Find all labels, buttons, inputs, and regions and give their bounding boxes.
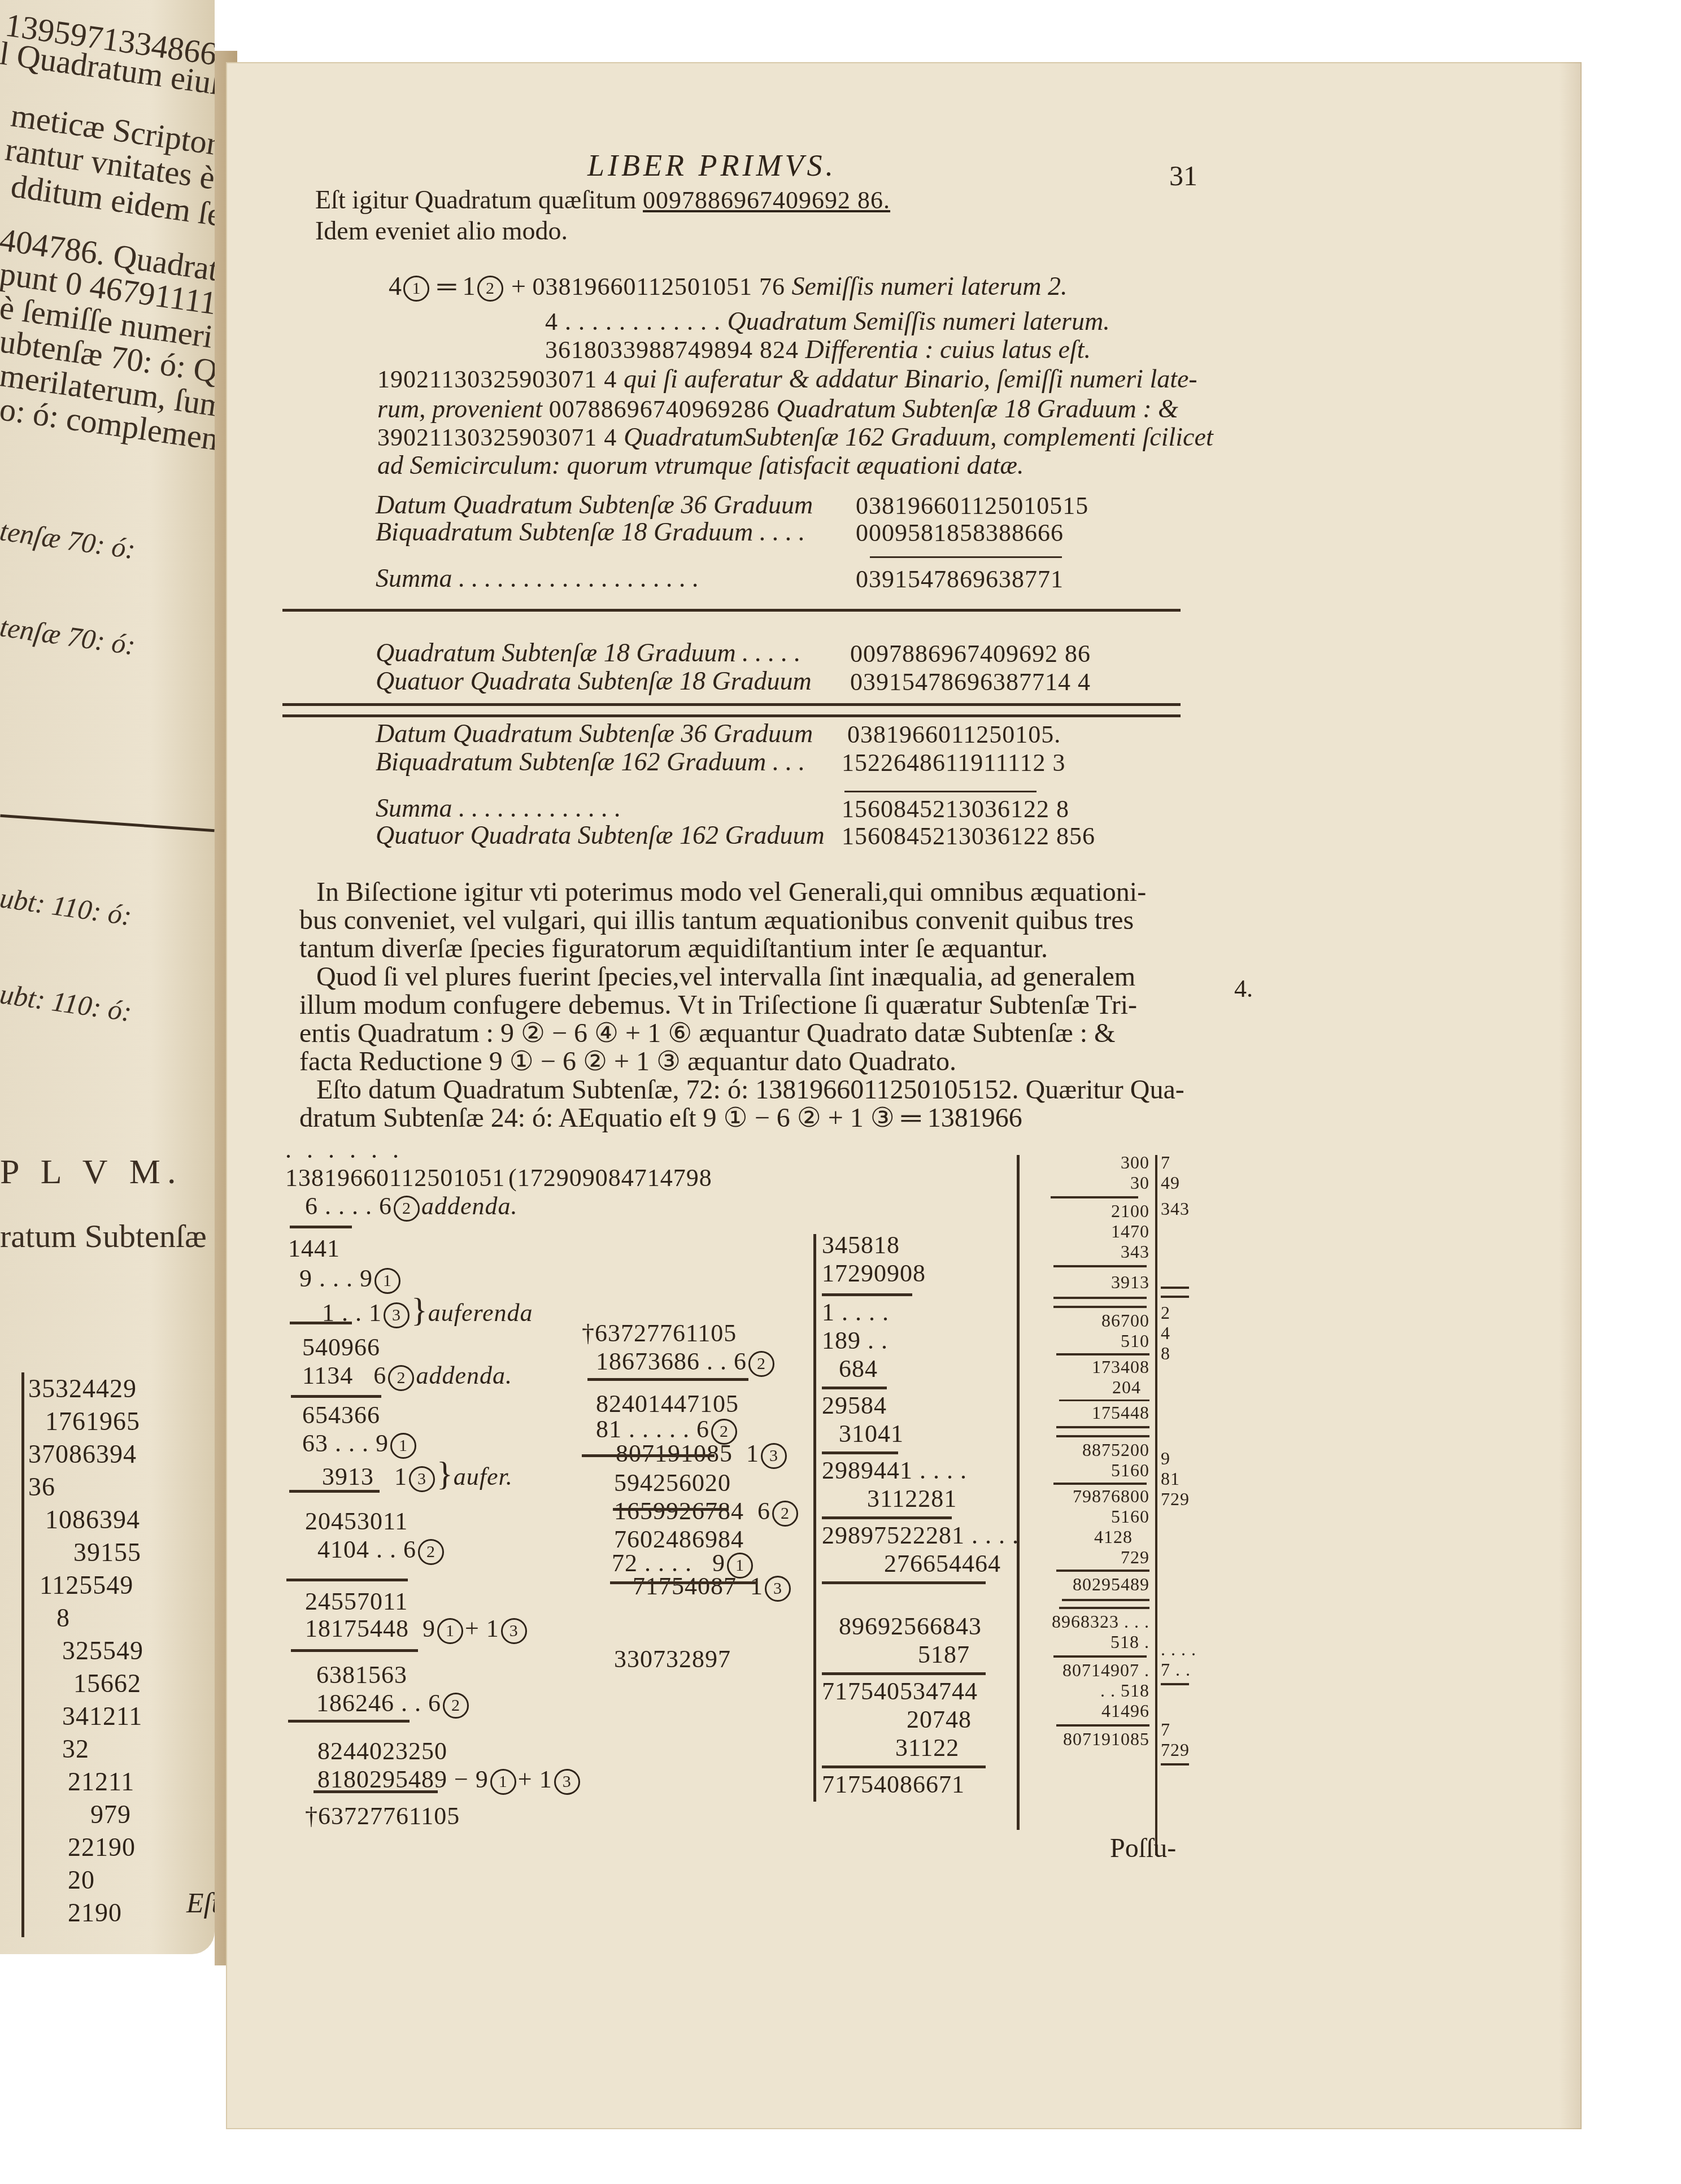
col4-value: . . 518 xyxy=(1034,1680,1149,1701)
col4-rule xyxy=(1062,1599,1149,1601)
col4-value: 79876800 xyxy=(1034,1486,1149,1506)
col4-value: 80714907 . xyxy=(1034,1660,1149,1680)
eq-label: qui ſi auferatur & addatur Binario, ſemi… xyxy=(624,364,1197,393)
col4-right-rule xyxy=(1161,1287,1189,1289)
sum-rule xyxy=(870,556,1062,558)
table1-value: 0009581858388666 xyxy=(856,518,1064,547)
col4-right-value: 8 xyxy=(1161,1343,1196,1363)
left-col-value: 36 xyxy=(28,1471,143,1503)
col1-root: (172909084714798 xyxy=(508,1163,712,1192)
paragraph-line: dratum Subtenſæ 24: ó: AEquatio eſt 9 ① … xyxy=(299,1104,1184,1132)
col4-value: 8968323 . . . xyxy=(1034,1611,1149,1632)
intro-value: 0097886967409692 86. xyxy=(643,186,890,214)
power-1-icon: 1 xyxy=(490,1769,516,1795)
col3-rule-vertical xyxy=(813,1234,816,1802)
left-col-value: 341211 xyxy=(28,1700,143,1733)
left-page-line: ubt: 110: ó: xyxy=(0,881,134,932)
col4-right-value: 7 xyxy=(1161,1719,1196,1740)
col1-rule xyxy=(289,1490,380,1493)
col3-value: 89692566843 xyxy=(822,1612,1019,1641)
margin-note: 4. xyxy=(1234,974,1253,1003)
col3-rule xyxy=(822,1451,898,1454)
col1-row: 4104 . . 62 xyxy=(317,1535,446,1565)
paragraph-line: In Biſectione igitur vti poterimus modo … xyxy=(299,878,1184,906)
left-col-value: 1125549 xyxy=(28,1569,143,1602)
col4-right-value: 7 xyxy=(1161,1152,1196,1172)
col4-rule xyxy=(1053,1265,1147,1267)
col1-value: 654366 xyxy=(302,1401,380,1429)
col1-value: †63727761105 xyxy=(305,1802,460,1830)
col4-value: 204 xyxy=(1034,1377,1149,1397)
eq-value: 03819660112501051 76 xyxy=(533,273,785,300)
col4-value: 510 xyxy=(1034,1331,1149,1351)
eq-label: QuadratumSubtenſæ 162 Graduum, complemen… xyxy=(624,422,1213,451)
power-2-icon: 2 xyxy=(477,276,503,302)
col4-rule xyxy=(1056,1426,1149,1428)
col4-right-value: 729 xyxy=(1161,1740,1196,1760)
col1-note: aufer. xyxy=(454,1463,513,1490)
page-number: 31 xyxy=(1169,159,1197,192)
col1-row: 18175448 91+ 13 xyxy=(305,1614,529,1644)
col4-right-value: 49 xyxy=(1161,1172,1196,1193)
col3-value: 71754086671 xyxy=(822,1771,1019,1799)
col1-value: 8180295489 − 9 xyxy=(317,1765,489,1793)
col4-value: 4128 xyxy=(1034,1527,1149,1547)
left-col-value: 15662 xyxy=(28,1667,143,1700)
col2-value: 594256020 xyxy=(614,1468,731,1497)
left-col-value: 325549 xyxy=(28,1634,143,1667)
col2-rule xyxy=(582,1454,715,1457)
catchword: Poſſu- xyxy=(1110,1833,1176,1864)
col3-rule xyxy=(822,1672,986,1675)
col3-rule xyxy=(822,1387,887,1389)
sum-rule xyxy=(844,791,1037,792)
left-col-value: 39155 xyxy=(28,1536,143,1569)
col4-value: 30 xyxy=(1034,1172,1149,1193)
col1-value: 540966 xyxy=(302,1333,380,1362)
col4-right-value: . . . . xyxy=(1161,1639,1196,1659)
col2-rule xyxy=(587,1378,748,1381)
col2-rule xyxy=(610,1581,757,1584)
left-page-column: 35324429 1761965 37086394 36 1086394 391… xyxy=(28,1372,143,1929)
paragraph-line: tantum diverſæ ſpecies figuratorum æquid… xyxy=(299,935,1184,963)
col3-rule xyxy=(822,1581,986,1584)
col4-right-value: 9 xyxy=(1161,1448,1196,1468)
left-col-value: 8 xyxy=(28,1602,143,1634)
col1-value: 6 . . . . 6 xyxy=(305,1192,392,1220)
power-3-icon: 3 xyxy=(554,1769,580,1795)
table1-label: Biquadratum Subtenſæ 18 Graduum . . . . xyxy=(376,516,805,548)
col4-right-value: 729 xyxy=(1161,1489,1196,1509)
col3-value: 29584 xyxy=(822,1392,1019,1420)
col1-rule xyxy=(288,1720,410,1723)
col1-value: 18175448 9 xyxy=(305,1615,436,1642)
col4-value: 5160 xyxy=(1034,1506,1149,1527)
col2-row: 18673686 . . 62 xyxy=(596,1347,776,1377)
col1-value: 24557011 xyxy=(305,1587,408,1616)
power-1-icon: 1 xyxy=(374,1268,400,1294)
col1-value: 3913 1 xyxy=(322,1463,407,1490)
body-paragraphs: In Biſectione igitur vti poterimus modo … xyxy=(299,878,1184,1132)
intro-line-2: Idem eveniet alio modo. xyxy=(315,215,568,247)
col3-value: 5187 xyxy=(822,1641,1019,1669)
col4-right-value: 343 xyxy=(1161,1198,1196,1219)
col4-right: 7 49 343 2 4 8 9 81 729 . . . . 7 . . 7 … xyxy=(1161,1152,1196,1765)
col1-value: 1441 xyxy=(288,1234,340,1263)
eq-label: Quadratum Semiſſis numeri laterum. xyxy=(728,307,1110,335)
col1-rule xyxy=(291,1395,381,1398)
col4-value: 2100 xyxy=(1034,1201,1149,1221)
power-2-icon: 2 xyxy=(748,1351,774,1377)
col4-value: 175448 xyxy=(1034,1402,1149,1423)
col1-note: auferenda xyxy=(428,1299,533,1327)
eq-label: Semiſſis numeri laterum 2. xyxy=(791,272,1067,300)
col1-value: 20453011 xyxy=(305,1507,408,1536)
col1-value: 8244023250 xyxy=(317,1737,447,1765)
col1-value: 13819660112501051 xyxy=(285,1163,505,1192)
power-3-icon: 3 xyxy=(409,1466,435,1492)
col4-value: 5160 xyxy=(1034,1460,1149,1480)
table3-value: 1522648611911112 3 xyxy=(842,748,1065,777)
col4-value: 1470 xyxy=(1034,1221,1149,1241)
col1-value: 9 . . . 9 xyxy=(299,1265,373,1292)
col4-right-rule xyxy=(1161,1683,1189,1685)
eq-value: 3618033988749894 824 xyxy=(545,336,799,364)
col4-rule xyxy=(1056,1435,1149,1437)
col4-right-value: 7 . . xyxy=(1161,1659,1196,1680)
col1-row: 1 . . 13}auferenda xyxy=(322,1291,533,1329)
paragraph-line: entis Quadratum : 9 ② − 6 ④ + 1 ⑥ æquant… xyxy=(299,1019,1184,1048)
paragraph-line: bus conveniet, vel vulgari, qui illis ta… xyxy=(299,906,1184,935)
col1-rule xyxy=(290,1322,352,1324)
table3-value: 1560845213036122 856 xyxy=(842,822,1095,851)
col4-rule xyxy=(1056,1353,1149,1355)
col4-value: 343 xyxy=(1034,1241,1149,1262)
power-3-icon: 3 xyxy=(384,1302,410,1328)
col3-rule xyxy=(822,1516,952,1519)
col4-rule xyxy=(1059,1400,1149,1401)
col4-rule xyxy=(1053,1483,1147,1485)
col1-row: 3913 13}aufer. xyxy=(322,1454,513,1493)
left-page-line: ratum Subtenſæ 18: ó: xyxy=(0,1217,215,1255)
power-2-icon: 2 xyxy=(388,1365,414,1391)
power-3-icon: 3 xyxy=(501,1618,527,1644)
col4-rule-inner xyxy=(1155,1155,1157,1855)
col4-rule xyxy=(1053,1306,1147,1308)
col4-rule xyxy=(1056,1570,1149,1572)
col3-value: 345818 xyxy=(822,1231,1019,1259)
power-3-icon: 3 xyxy=(765,1576,791,1602)
col4-rule xyxy=(1053,1297,1147,1299)
col2-value: 807191085 1 xyxy=(616,1440,759,1467)
col4-value: 41496 xyxy=(1034,1701,1149,1721)
col3-value: 20748 xyxy=(822,1706,1019,1734)
left-col-value: 979 xyxy=(28,1798,143,1831)
left-page-line: tenſæ 70: ó: xyxy=(0,514,137,565)
section-divider xyxy=(282,609,1181,612)
eq-value: 39021130325903071 4 xyxy=(377,424,617,451)
left-col-value: 22190 xyxy=(28,1831,143,1864)
col1-rule xyxy=(286,1579,408,1581)
col4-value: 807191085 xyxy=(1034,1729,1149,1749)
power-1-icon: 1 xyxy=(403,276,429,302)
left-col-value: 32 xyxy=(28,1733,143,1765)
left-col-value: 21211 xyxy=(28,1765,143,1798)
paragraph-line: Quod ſi vel plures fuerint ſpecies,vel i… xyxy=(299,963,1184,991)
col1-rule xyxy=(313,1790,438,1793)
eq-coefficient: 4 xyxy=(389,272,402,300)
col1-value: 1134 6 xyxy=(302,1362,386,1389)
power-2-icon: 2 xyxy=(394,1196,420,1222)
eq-label: Quadratum Subtenſæ 18 Graduum : & xyxy=(776,394,1178,423)
col4-rule xyxy=(1059,1607,1149,1609)
col4-value: 173408 xyxy=(1034,1357,1149,1377)
col4-rule xyxy=(1053,1655,1147,1658)
col2-row: 1659926784 62 xyxy=(614,1497,800,1527)
eq-label: rum, provenient xyxy=(377,394,542,423)
intro-text: Eſt igitur Quadratum quæſitum xyxy=(315,185,637,214)
col4-rule xyxy=(1056,1724,1149,1727)
table1-label: Summa . . . . . . . . . . . . . . . . . … xyxy=(376,562,699,595)
col4-value: 729 xyxy=(1034,1547,1149,1567)
col4-value: 86700 xyxy=(1034,1310,1149,1331)
table3-label: Biquadratum Subtenſæ 162 Graduum . . . xyxy=(376,746,805,778)
col4-rule-outer xyxy=(1017,1155,1020,1830)
power-3-icon: 3 xyxy=(761,1443,787,1469)
col2-row: 71754087 13 xyxy=(633,1572,792,1602)
col4-value: 518 . xyxy=(1034,1632,1149,1652)
col3-value: 31041 xyxy=(822,1420,1019,1448)
left-col-value: 1086394 xyxy=(28,1503,143,1536)
left-col-value: 37086394 xyxy=(28,1438,143,1471)
table2-value: 0097886967409692 86 xyxy=(850,639,1091,668)
col1-value: 63 . . . 9 xyxy=(302,1429,389,1457)
col2-rule xyxy=(613,1508,729,1511)
table3-value: 1560845213036122 8 xyxy=(842,795,1069,823)
equation-main: 41 ═ 12 + 03819660112501051 76 Semiſſis … xyxy=(389,270,1068,303)
paragraph-line: illum modum confugere debemus. Vt in Tri… xyxy=(299,991,1184,1019)
power-2-icon: 2 xyxy=(772,1501,798,1527)
eq-label: Differentia : cuius latus eſt. xyxy=(805,335,1091,364)
col1-note: addenda. xyxy=(416,1362,512,1389)
left-page-line: tenſæ 70: ó: xyxy=(0,610,137,661)
col1-row: 1134 62addenda. xyxy=(302,1361,512,1391)
table1-value: 0391547869638771 xyxy=(856,565,1064,594)
col1-note: addenda. xyxy=(421,1192,518,1220)
table2-label: Quatuor Quadrata Subtenſæ 18 Graduum xyxy=(376,665,812,698)
table3-value: 0381966011250105. xyxy=(847,720,1061,749)
eq-value: 19021130325903071 4 xyxy=(377,365,617,393)
col4-value: 300 xyxy=(1034,1152,1149,1172)
left-page-line: ubt: 110: ó: xyxy=(0,977,134,1028)
col1-value: 186246 . . 6 xyxy=(316,1689,441,1717)
col4-rule xyxy=(1051,1196,1138,1198)
left-col-value: 2190 xyxy=(28,1897,143,1929)
col3: 345818 17290908 1 . . . . 189 . . 684 29… xyxy=(822,1231,1019,1799)
col3-value: 1 . . . . xyxy=(822,1298,1019,1327)
paragraph-line: Eſto datum Quadratum Subtenſæ, 72: ó: 13… xyxy=(299,1076,1184,1104)
col2-value: 330732897 xyxy=(614,1645,731,1673)
col1-value: 4104 . . 6 xyxy=(317,1536,416,1563)
table3-label: Quatuor Quadrata Subtenſæ 162 Graduum xyxy=(376,819,825,852)
power-1-icon: 1 xyxy=(437,1618,463,1644)
col3-value: 276654464 xyxy=(822,1550,1019,1578)
intro-line-1: Eſt igitur Quadratum quæſitum 0097886967… xyxy=(315,184,890,217)
col3-value: 29897522281 . . . . xyxy=(822,1522,1019,1550)
eq-value: 00788696740969286 xyxy=(549,395,770,423)
col1-value: 6381563 xyxy=(316,1660,407,1689)
equation-row-7: ad Semicirculum: quorum vtrumque ſatisfa… xyxy=(377,449,1024,482)
col1-row: 186246 . . 62 xyxy=(316,1689,471,1719)
left-col-value: 35324429 xyxy=(28,1372,143,1405)
col4-left: 300 30 2100 1470 343 3913 86700 510 1734… xyxy=(1034,1152,1149,1749)
paragraph-line: facta Reductione 9 ① − 6 ② + 1 ③ æquantu… xyxy=(299,1048,1184,1076)
left-col-value: 20 xyxy=(28,1864,143,1897)
equation-row-3: 3618033988749894 824 Differentia : cuius… xyxy=(545,333,1091,367)
col2-value: 71754087 1 xyxy=(633,1572,763,1600)
plus-sign: + 1 xyxy=(465,1615,499,1642)
computation-dots: . . . . . . xyxy=(285,1135,403,1164)
col4-value: 80295489 xyxy=(1034,1574,1149,1594)
power-2-icon: 2 xyxy=(418,1539,444,1565)
col2-value: †63727761105 xyxy=(582,1319,737,1348)
col1-row: 6 . . . . 62addenda. xyxy=(305,1192,518,1222)
col4-right-value: 4 xyxy=(1161,1323,1196,1343)
table1-value: 038196601125010515 xyxy=(856,491,1088,520)
running-title: LIBER PRIMVS. xyxy=(587,148,837,183)
eq-value: 4 . . . . . . . . . . . . xyxy=(545,308,721,335)
col2-value: 18673686 . . 6 xyxy=(596,1348,747,1375)
left-page-column-rule xyxy=(21,1372,24,1937)
col1-rule xyxy=(290,1226,352,1228)
col1-row: 9 . . . 91 xyxy=(299,1264,402,1294)
col3-rule xyxy=(822,1765,986,1768)
col3-value: 17290908 xyxy=(822,1259,1019,1288)
section-divider xyxy=(282,703,1181,706)
power-2-icon: 2 xyxy=(443,1693,469,1719)
equation-row-4: 19021130325903071 4 qui ſi auferatur & a… xyxy=(377,363,1197,396)
col4-right-rule xyxy=(1161,1763,1189,1765)
col4-value: 8875200 xyxy=(1034,1440,1149,1460)
col4-right-rule xyxy=(1161,1296,1189,1298)
col2-value: 1659926784 6 xyxy=(614,1497,770,1525)
col3-value: 684 xyxy=(822,1355,1019,1383)
col3-value: 717540534744 xyxy=(822,1677,1019,1706)
col3-value: 2989441 . . . . xyxy=(822,1457,1019,1485)
left-page-bottom-word: Eſt xyxy=(186,1886,215,1919)
col1-rule xyxy=(291,1649,418,1652)
col2-value: 82401447105 xyxy=(596,1389,739,1418)
left-col-value: 1761965 xyxy=(28,1405,143,1438)
col4-value: 3913 xyxy=(1034,1272,1149,1292)
col3-value: 31122 xyxy=(822,1734,1019,1762)
col3-value: 189 . . xyxy=(822,1327,1019,1355)
table2-value: 03915478696387714 4 xyxy=(850,668,1091,696)
col3-rule xyxy=(822,1293,912,1296)
left-page-heading: P L V M. xyxy=(0,1152,182,1192)
left-page-fragment: 1395971334866253391 1 l Quadratum eiuſde… xyxy=(0,0,215,1954)
col4-right-value: 2 xyxy=(1161,1302,1196,1323)
eq-coefficient: 1 xyxy=(463,272,476,300)
col4-right-value: 81 xyxy=(1161,1468,1196,1489)
plus-sign: + 1 xyxy=(518,1765,552,1793)
left-page-rule xyxy=(0,814,214,832)
col3-value: 3112281 xyxy=(822,1485,1019,1513)
